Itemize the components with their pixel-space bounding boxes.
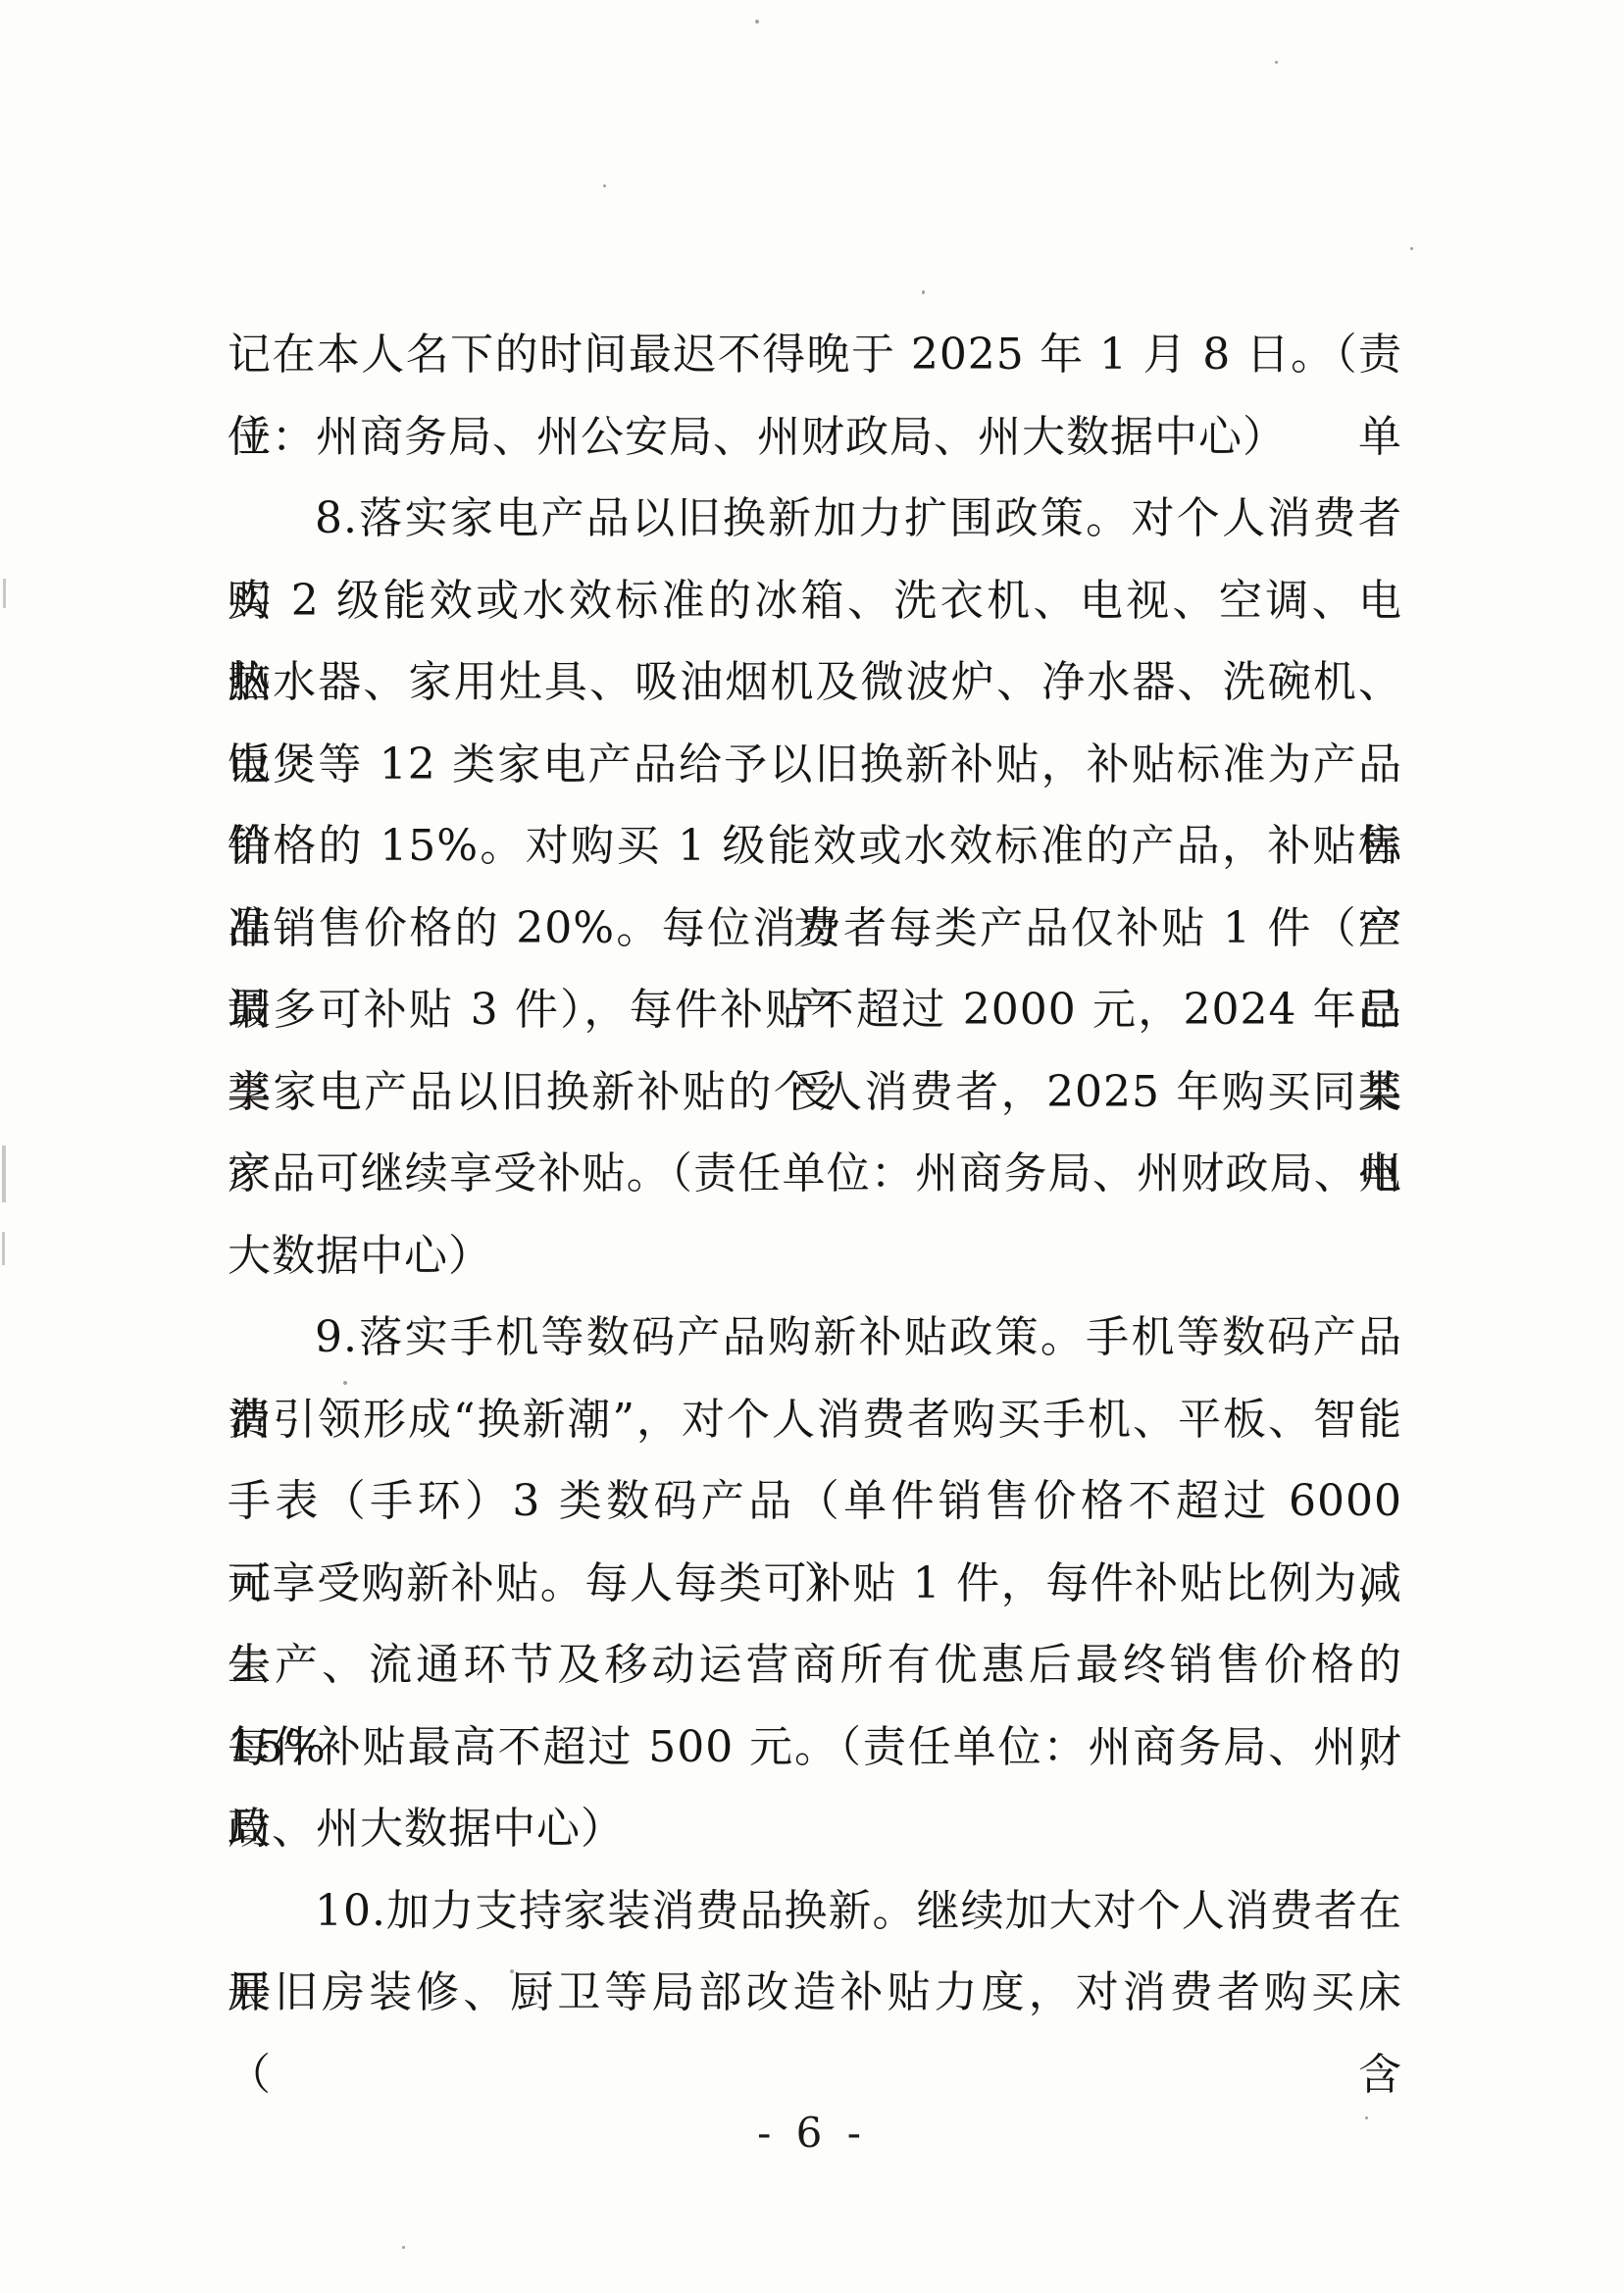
text-line: 局、州大数据中心） — [228, 1788, 1402, 1870]
scan-speckle — [922, 290, 925, 294]
scan-edge-artifact — [2, 1232, 5, 1265]
scan-speckle — [510, 1969, 514, 1973]
text-line: 可享受购新补贴。每人每类可补贴 1 件，每件补贴比例为减去 — [228, 1543, 1402, 1625]
text-line: 8.落实家电产品以旧换新加力扩围政策。对个人消费者购 — [228, 478, 1402, 560]
text-line: 价格的 15%。对购买 1 级能效或水效标准的产品，补贴标准为产 — [228, 805, 1402, 888]
scan-speckle — [343, 1381, 347, 1385]
text-line: 位：州商务局、州公安局、州财政局、州大数据中心） — [228, 396, 1402, 479]
text-line: 最多可补贴 3 件），每件补贴不超过 2000 元，2024 年已享受某 — [228, 969, 1402, 1051]
scan-speckle — [1275, 61, 1278, 64]
text-line: 展旧房装修、厨卫等局部改造补贴力度，对消费者购买床（含 — [228, 1952, 1402, 2034]
scan-speckle — [402, 2246, 405, 2249]
text-line: 产品可继续享受补贴。（责任单位：州商务局、州财政局、州 — [228, 1133, 1402, 1215]
scan-speckle — [755, 20, 759, 24]
text-line: 记在本人名下的时间最迟不得晚于 2025 年 1 月 8 日。（责任单 — [228, 314, 1402, 396]
scan-speckle — [1410, 247, 1413, 250]
page-number: - 6 - — [0, 2109, 1624, 2157]
text-line: 品销售价格的 20%。每位消费者每类产品仅补贴 1 件（空调产品 — [228, 888, 1402, 970]
text-line: 9.落实手机等数码产品购新补贴政策。手机等数码产品消 — [228, 1297, 1402, 1379]
scan-speckle — [603, 184, 606, 187]
text-line: 类家电产品以旧换新补贴的个人消费者，2025 年购买同类家电 — [228, 1051, 1402, 1134]
scan-edge-artifact — [2, 1146, 6, 1202]
text-line: 热水器、家用灶具、吸油烟机及微波炉、净水器、洗碗机、电 — [228, 641, 1402, 724]
text-line: 饭煲等 12 类家电产品给予以旧换新补贴，补贴标准为产品销售 — [228, 724, 1402, 806]
text-block: 记在本人名下的时间最迟不得晚于 2025 年 1 月 8 日。（责任单位：州商务… — [228, 314, 1402, 2034]
text-line: 每件补贴最高不超过 500 元。（责任单位：州商务局、州财政 — [228, 1707, 1402, 1789]
scanned-document-page: 记在本人名下的时间最迟不得晚于 2025 年 1 月 8 日。（责任单位：州商务… — [0, 0, 1624, 2293]
text-line: 费引领形成“换新潮”，对个人消费者购买手机、平板、智能 — [228, 1379, 1402, 1461]
text-line: 买 2 级能效或水效标准的冰箱、洗衣机、电视、空调、电脑、 — [228, 560, 1402, 642]
text-line: 手表（手环）3 类数码产品（单件销售价格不超过 6000 元）， — [228, 1460, 1402, 1543]
scan-edge-artifact — [3, 579, 6, 608]
text-line: 生产、流通环节及移动运营商所有优惠后最终销售价格的 15%， — [228, 1624, 1402, 1707]
text-line: 10.加力支持家装消费品换新。继续加大对个人消费者在开 — [228, 1870, 1402, 1953]
scan-speckle — [1365, 2116, 1368, 2119]
text-line: 大数据中心） — [228, 1215, 1402, 1298]
